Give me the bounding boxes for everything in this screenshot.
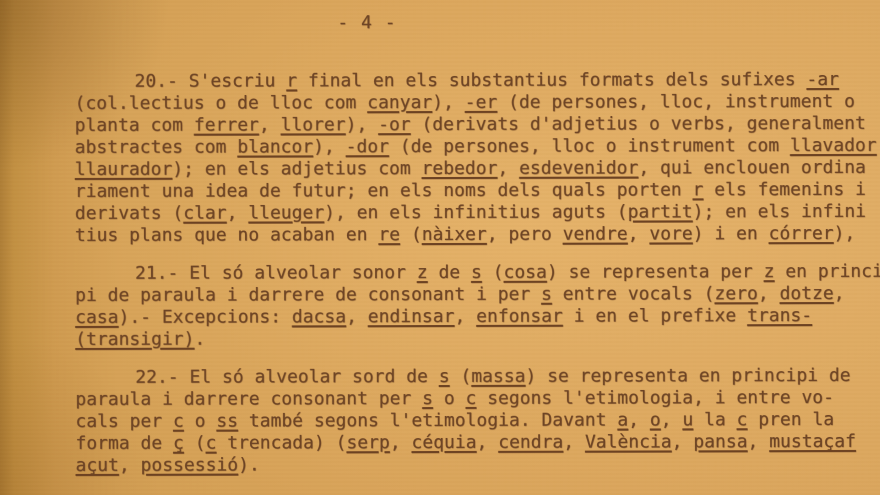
text-segment: , (834, 283, 845, 304)
underlined-word: c (173, 411, 184, 432)
text-segment: pren la (747, 409, 834, 430)
text-line: 20.- S'escriu r final en els substantius… (75, 68, 880, 93)
text-segment: ). (238, 454, 260, 475)
text-segment: ), (834, 223, 856, 244)
text-segment: 22.- El só alveolar sord de (135, 366, 438, 388)
underlined-word: dotze (780, 283, 834, 304)
underlined-word: canyar (367, 92, 432, 113)
text-line: casa).- Excepcions: dacsa, endinsar, enf… (75, 304, 880, 329)
paragraph: 20.- S'escriu r final en els substantius… (75, 68, 880, 247)
text-segment: , (661, 409, 683, 430)
underlined-word: c (466, 388, 477, 409)
text-segment: ) se representa en principi de (525, 365, 850, 387)
text-segment: la (693, 409, 736, 430)
text-segment: , (259, 114, 281, 135)
underlined-word: z (417, 262, 428, 283)
text-segment: pi de paraula i darrere de consonant i p… (75, 284, 541, 306)
text-segment: ), (346, 114, 379, 135)
text-segment: ) i en (693, 223, 769, 244)
underlined-word: açut (76, 455, 119, 476)
text-line: (transigir). (75, 326, 880, 351)
underlined-word: s (541, 284, 552, 305)
text-segment: forma de (75, 433, 173, 454)
text-segment: o (433, 388, 466, 409)
underlined-word: ss (216, 411, 238, 432)
text-segment: , (119, 455, 141, 476)
underlined-word: zero (715, 283, 758, 304)
text-segment: (derivats d'adjetius o verbs, generalmen… (411, 113, 866, 135)
text-segment: cals per (75, 411, 173, 432)
text-line: abstractes com blancor), -dor (de person… (75, 134, 880, 159)
underlined-word: mustaçaf (769, 431, 856, 452)
text-segment: ), (432, 92, 465, 113)
underlined-word: llaurador (75, 159, 173, 180)
text-segment: , (628, 223, 650, 244)
text-segment: final en els substantius formats dels su… (297, 69, 806, 91)
underlined-word: o (650, 409, 661, 430)
underlined-word: dacsa (292, 306, 346, 327)
underlined-word: r (693, 179, 704, 200)
text-segment: ); en els adjetius com (172, 158, 421, 180)
text-segment: riament una idea de futur; en els noms d… (75, 179, 693, 202)
text-segment: i en el prefixe (563, 305, 747, 326)
underlined-word: clar (183, 203, 226, 224)
underlined-word: re (378, 224, 400, 245)
underlined-word: córrer (769, 223, 834, 244)
text-segment: . (194, 329, 205, 350)
text-segment: 20.- S'escriu (135, 70, 287, 91)
typewritten-text-layer: - 4 - 20.- S'escriu r final en els subst… (0, 0, 880, 495)
text-segment: ( (400, 224, 422, 245)
text-segment: , (748, 431, 770, 452)
text-segment: ).- Excepcions: (119, 306, 292, 327)
text-line: planta com ferrer, llorer), -or (derivat… (75, 112, 880, 137)
underlined-word: -or (378, 114, 411, 135)
underlined-word: serp (346, 432, 389, 453)
text-segment: en princi (774, 261, 880, 282)
underlined-word: endinsar (368, 306, 455, 327)
underlined-word: trans- (747, 305, 812, 326)
text-line: 21.- El só alveolar sonor z de s (cosa) … (75, 260, 880, 285)
text-segment: , (454, 306, 476, 327)
text-segment: 21.- El só alveolar sonor (135, 262, 417, 284)
text-segment: trencada) ( (216, 432, 346, 453)
page-number: - 4 - (337, 12, 396, 33)
underlined-word: casa (75, 307, 118, 328)
paragraph: 21.- El só alveolar sonor z de s (cosa) … (75, 260, 880, 351)
text-segment: , (672, 431, 694, 452)
underlined-word: ferrer (194, 114, 259, 135)
underlined-word: partit (628, 201, 693, 222)
paragraph: 22.- El só alveolar sord de s (massa) se… (75, 364, 880, 477)
text-segment: , (346, 306, 368, 327)
underlined-word: -ar (806, 69, 839, 90)
underlined-word: blancor (237, 136, 313, 157)
underlined-word: esdevenidor (519, 157, 638, 178)
text-segment: tius plans que no acaban en (75, 224, 378, 246)
text-segment: , (497, 158, 519, 179)
underlined-word: llorer (281, 114, 346, 135)
underlined-word: massa (471, 366, 525, 387)
text-segment: entre vocals ( (552, 283, 715, 304)
underlined-word: enfonsar (476, 306, 563, 327)
underlined-word: (transigir) (75, 329, 194, 350)
text-segment: , (628, 409, 650, 430)
text-line: (col.lectius o de lloc com canyar), -er … (75, 90, 880, 115)
text-line: paraula i darrere consonant per s o c se… (75, 386, 880, 411)
text-segment: ) se representa per (547, 261, 764, 283)
text-segment: planta com (75, 115, 194, 136)
text-segment: ); en els infini (693, 201, 866, 222)
text-line: pi de paraula i darrere de consonant i p… (75, 282, 880, 307)
text-segment: o (184, 411, 217, 432)
text-segment: , (390, 432, 412, 453)
text-segment: (de persones, lloc o instrument com (389, 135, 790, 157)
underlined-word: València (585, 431, 672, 452)
text-segment: abstractes com (75, 137, 238, 158)
underlined-word: u (682, 409, 693, 430)
text-segment: , pero (487, 224, 563, 245)
text-segment: paraula i darrere consonant per (75, 388, 422, 410)
text-segment: , (758, 283, 780, 304)
text-segment: ( (482, 262, 504, 283)
underlined-word: céquia (411, 432, 476, 453)
text-segment: ), (313, 136, 346, 157)
text-segment: ( (450, 366, 472, 387)
text-segment: (col.lectius o de lloc com (75, 92, 368, 114)
text-segment: també segons l'etimologia. Davant (238, 410, 617, 432)
text-line: açut, possessió). (76, 452, 880, 477)
text-segment: de (428, 262, 471, 283)
underlined-word: llavador (790, 135, 877, 156)
underlined-word: s (422, 388, 433, 409)
underlined-word: lleuger (248, 202, 324, 223)
text-line: riament una idea de futur; en els noms d… (75, 178, 880, 203)
text-line: cals per c o ss també segons l'etimologi… (75, 408, 880, 433)
underlined-word: cosa (504, 262, 547, 283)
underlined-word: c (737, 409, 748, 430)
text-line: derivats (clar, lleuger), en els infinit… (75, 200, 880, 225)
text-line: 22.- El só alveolar sord de s (massa) se… (75, 364, 880, 389)
underlined-word: vore (649, 223, 692, 244)
underlined-word: s (439, 366, 450, 387)
text-segment: , (227, 203, 249, 224)
underlined-word: -er (465, 92, 498, 113)
text-segment: , qui enclouen ordina (638, 157, 866, 179)
underlined-word: c (206, 433, 217, 454)
underlined-word: vendre (563, 224, 628, 245)
underlined-word: possessió (141, 455, 239, 476)
text-segment: (de persones, lloc, instrument o (497, 91, 855, 113)
underlined-word: s (471, 262, 482, 283)
text-line: tius plans que no acaban en re (nàixer, … (75, 222, 880, 247)
scanned-document-page: { "page": { "number_label": "- 4 -" }, "… (0, 0, 880, 495)
underlined-word: rebedor (422, 158, 498, 179)
underlined-word: nàixer (422, 224, 487, 245)
text-segment: derivats ( (75, 203, 183, 224)
text-segment: ( (184, 433, 206, 454)
underlined-word: -dor (346, 136, 389, 157)
underlined-word: cendra (498, 432, 563, 453)
text-segment: ), en els infinitius aguts ( (324, 202, 627, 224)
text-segment: , (477, 432, 499, 453)
underlined-word: r (286, 70, 297, 91)
text-line: forma de ç (c trencada) (serp, céquia, c… (75, 430, 880, 455)
text-segment: els femenins i (703, 179, 866, 200)
text-segment: segons l'etimologia, i entre vo- (476, 387, 834, 409)
underlined-word: ç (173, 433, 184, 454)
underlined-word: z (764, 261, 775, 282)
underlined-word: pansa (693, 431, 747, 452)
text-line: llaurador); en els adjetius com rebedor,… (75, 156, 880, 181)
underlined-word: a (617, 410, 628, 431)
paragraphs: 20.- S'escriu r final en els substantius… (75, 68, 880, 493)
text-segment: , (563, 432, 585, 453)
